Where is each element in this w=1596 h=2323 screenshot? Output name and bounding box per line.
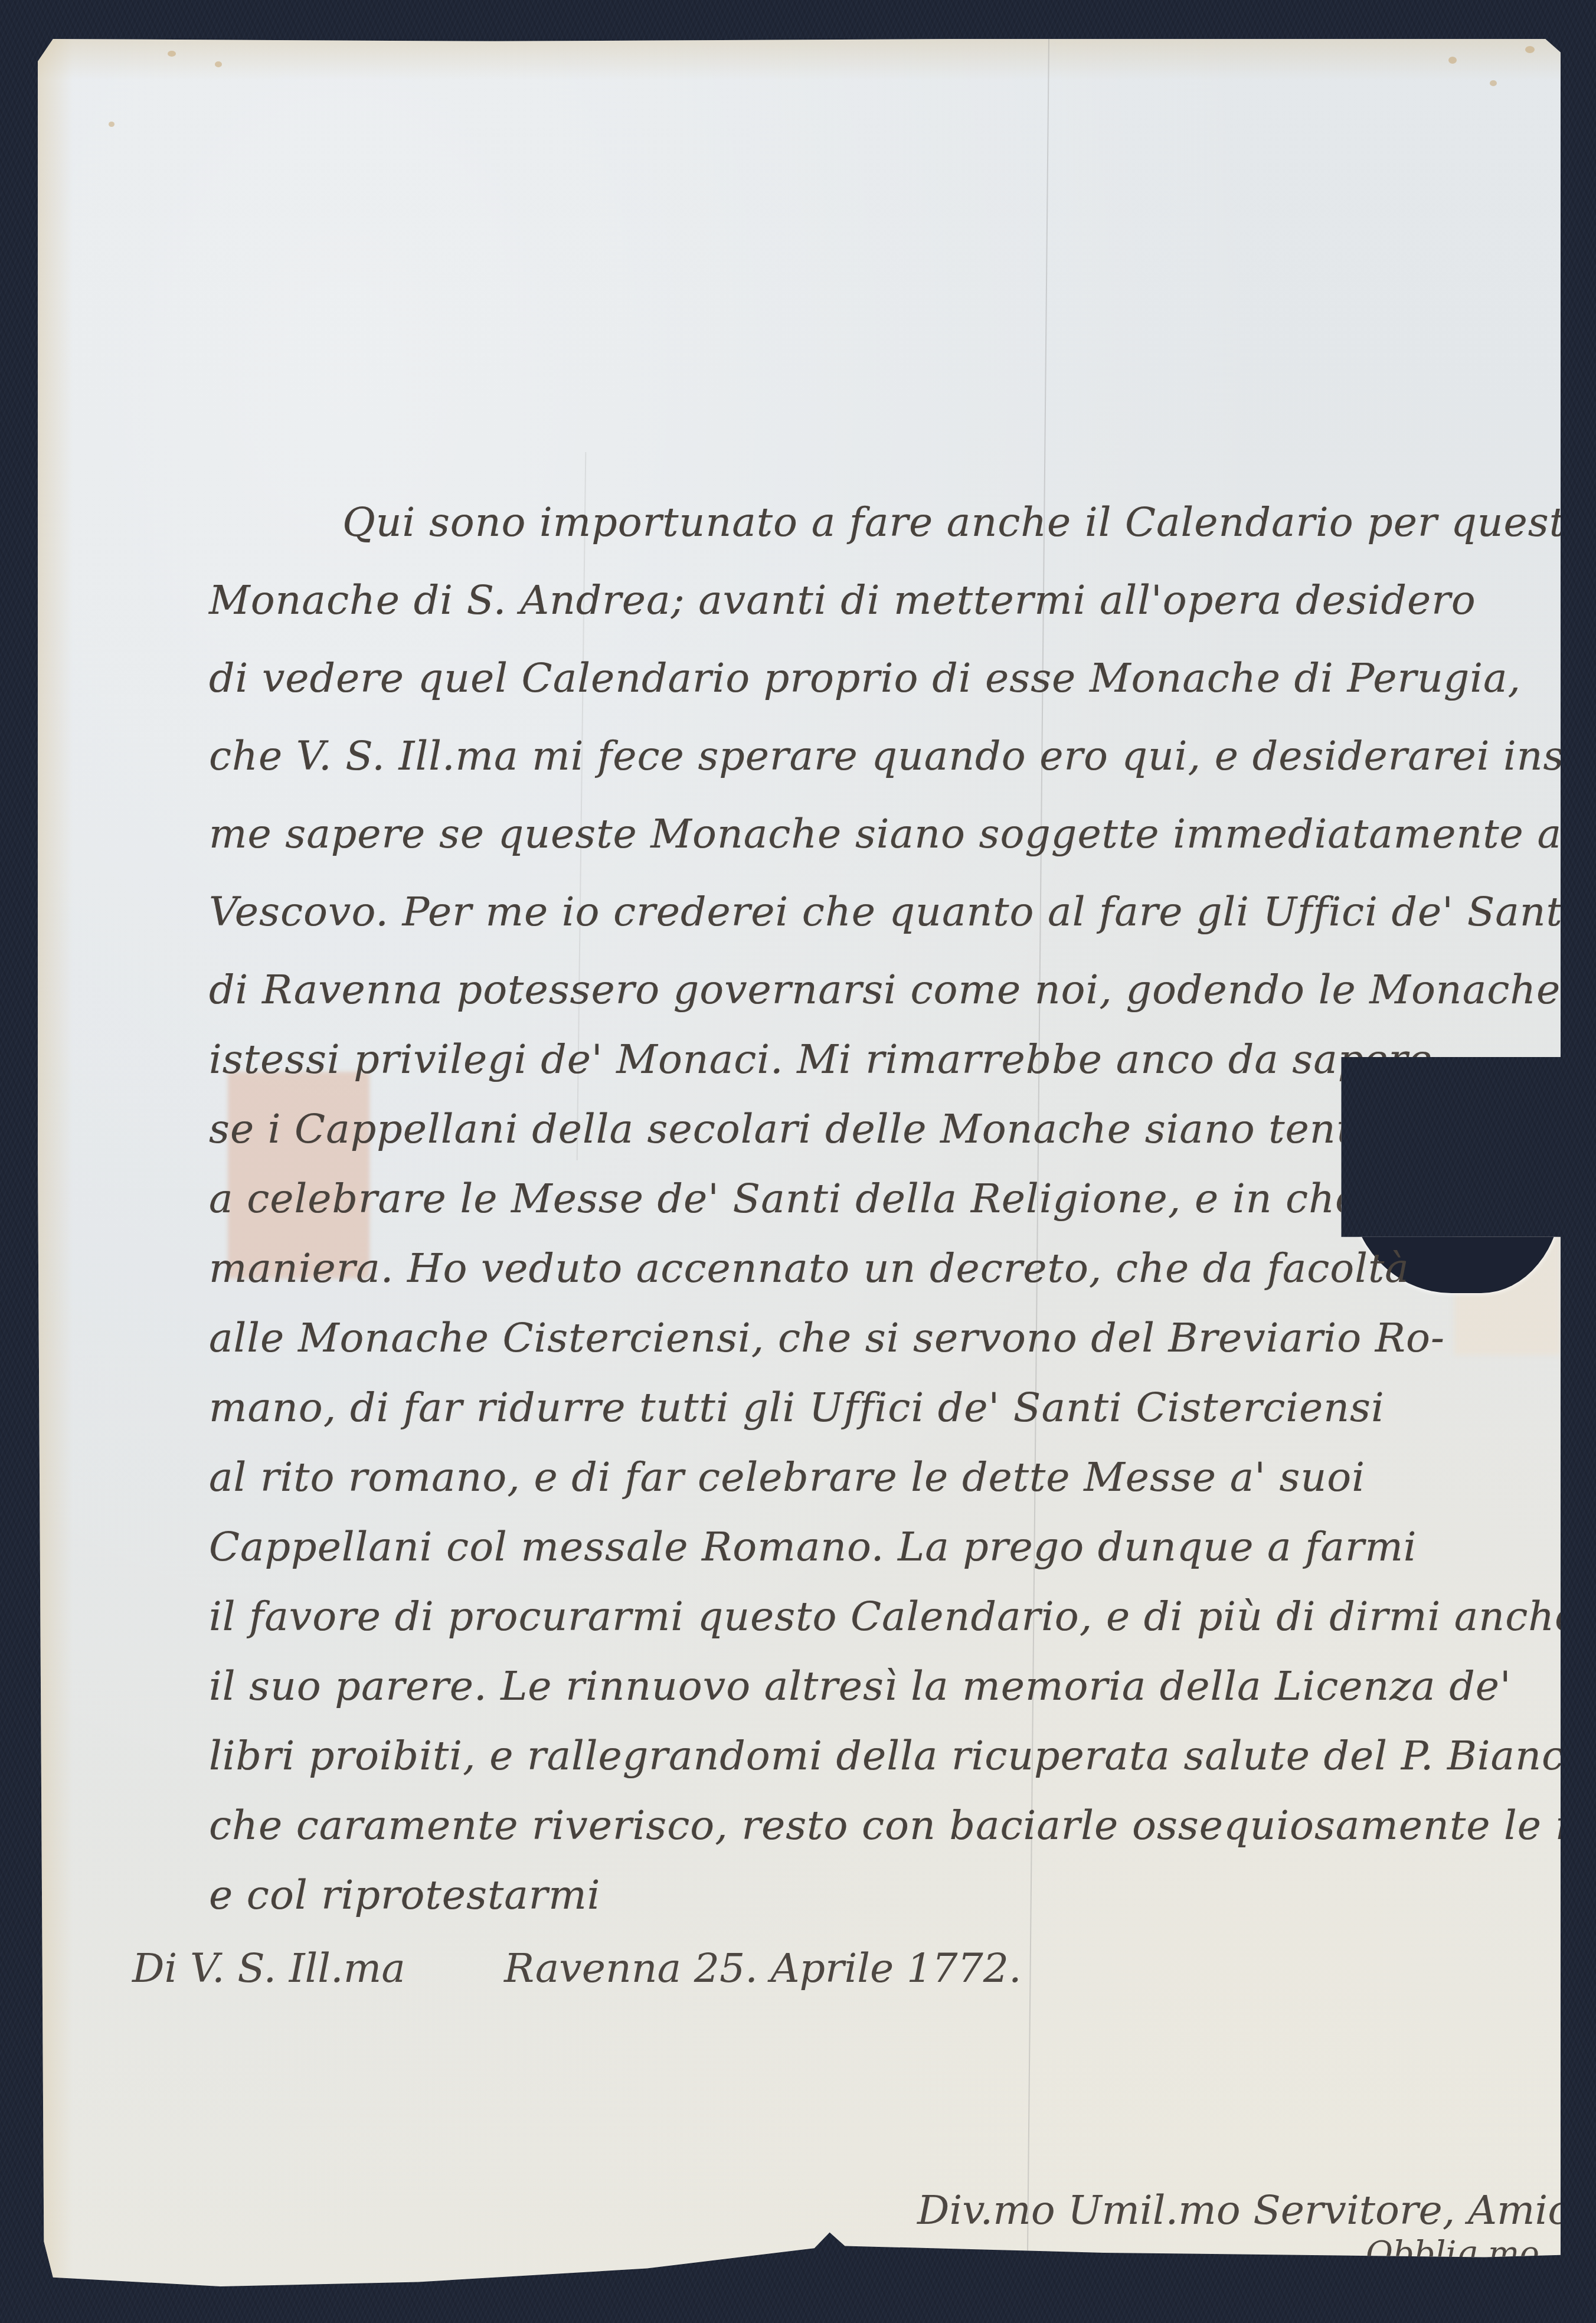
letter-line: Qui sono importunato a fare anche il Cal…: [342, 499, 1590, 546]
letter-line: me sapere se queste Monache siano sogget…: [209, 811, 1575, 858]
letter-line: di vedere quel Calendario proprio di ess…: [209, 655, 1521, 702]
letter-line: e col riprotestarmi: [209, 1872, 601, 1919]
place-date: Ravenna 25. Aprile 1772.: [504, 1945, 1022, 1992]
letter-line: che V. S. Ill.ma mi fece sperare quando …: [209, 733, 1596, 780]
letter-line: istessi privilegi de' Monaci. Mi rimarre…: [209, 1036, 1433, 1083]
letter-line: Cappellani col messale Romano. La prego …: [209, 1524, 1417, 1571]
letter-line: alle Monache Cisterciensi, che si servon…: [209, 1315, 1445, 1362]
letter-line: che caramente riverisco, resto con bacia…: [209, 1802, 1596, 1849]
letter-sheet: Qui sono importunato a fare anche il Cal…: [38, 39, 1561, 2286]
letter-line: Monache di S. Andrea; avanti di mettermi…: [209, 577, 1476, 624]
closing-addressee: Di V. S. Ill.ma: [132, 1945, 405, 1992]
letter-line: Vescovo. Per me io crederei che quanto a…: [209, 889, 1577, 935]
letter-line: il favore di procurarmi questo Calendari…: [209, 1594, 1579, 1640]
letter-body: Qui sono importunato a fare anche il Cal…: [38, 39, 1561, 2286]
letter-line: il suo parere. Le rinnuovo altresì la me…: [209, 1663, 1512, 1710]
signature-servant-line: Div.mo Umil.mo Servitore, Amico: [917, 2187, 1594, 2234]
letter-line: libri proibiti, e rallegrandomi della ri…: [209, 1733, 1596, 1779]
letter-line: di Ravenna potessero governarsi come noi…: [209, 967, 1596, 1013]
letter-line: mano, di far ridurre tutti gli Uffici de…: [209, 1385, 1385, 1431]
letter-line: se i Cappellani della secolari delle Mon…: [209, 1106, 1392, 1153]
letter-line: al rito romano, e di far celebrare le de…: [209, 1454, 1365, 1501]
letter-line: a celebrare le Messe de' Santi della Rel…: [209, 1176, 1359, 1222]
letter-line: maniera. Ho veduto accennato un decreto,…: [209, 1245, 1409, 1292]
